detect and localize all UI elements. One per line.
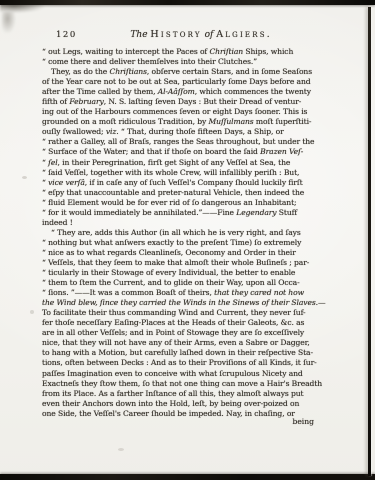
scan-edge-right [368,7,371,476]
text-line: “ ſions. ”——It was a common Boaſt of the… [42,288,342,298]
text-segment: History [150,29,201,40]
text-line: the Wind blew, ſince they carried the Wi… [42,298,342,308]
text-segment: the Wind blew, ſince they carried the Wi… [42,298,325,307]
text-line: “ ſaid Veſſel, together with its whole C… [42,168,342,178]
text-line: “ eſpy that unaccountable and preter-nat… [42,188,342,198]
text-segment: vice verſâ [48,178,85,187]
text-segment: are in all other Veſſels; and in Point o… [42,328,304,337]
text-line: “ rather a Galley, all of Braſs, ranges … [42,137,342,147]
text-segment: Chriſtian [209,47,243,56]
text-segment: Muſſulmans [208,117,253,126]
text-segment: “ That, during thoſe fifteen Days, a Shi… [119,127,284,136]
text-line: To facilitate their thus commanding Wind… [42,308,342,318]
page-number: 120 [56,30,77,40]
text-segment: “ They are, adds this Author (in all whi… [51,228,301,237]
text-segment: indeed ! [42,218,73,227]
text-line: “ out Legs, waiting to intercept the Pac… [42,47,342,57]
text-line: “ vice verſâ, if in caſe any of ſuch Veſ… [42,178,342,188]
text-segment: ing out of the Harbours commences ſeven … [42,107,307,116]
text-segment: Chriſtians [110,67,147,76]
text-segment: “ Surface of the Water; and that if thoſ… [42,147,260,156]
text-line: even their Anchors down into the Hold, l… [42,399,342,409]
text-segment: , if in caſe any of ſuch Veſſel's Compan… [85,178,303,187]
text-segment: , in their Peregrination, firſt get Sigh… [58,158,291,167]
scan-speck [118,448,124,451]
scanned-book-page: 120 The History of Algiers. “ out Legs, … [0,0,375,480]
text-segment: , N. S. laſting ſeven Days : But their D… [104,97,302,106]
text-line: of the Year care not to be out at Sea, p… [42,77,342,87]
text-segment: , which commences the twenty [195,87,311,96]
text-segment: “ come there and deliver themſelves into… [42,57,257,66]
text-segment: The [130,30,150,40]
text-segment: “ nice as to what regards Cleanlineſs, O… [42,248,296,257]
text-line: nice, that they will not have any of the… [42,338,342,348]
text-segment: tions, often between Decks : And as to t… [42,358,317,367]
text-line: from its Place. As a farther Inſtance of… [42,389,342,399]
text-line: “ them to ſtem the Current, and to glide… [42,278,342,288]
running-title: The History of Algiers. [80,29,320,40]
text-line: tions, often between Decks : And as to t… [42,358,342,368]
text-line: are in all other Veſſels; and in Point o… [42,328,342,338]
text-line: “ Surface of the Water; and that if thoſ… [42,147,342,157]
text-segment: ſel [48,158,57,167]
text-line: “ nice as to what regards Cleanlineſs, O… [42,248,342,258]
text-segment: nice, that they will not have any of the… [42,338,310,347]
text-segment: “ fluid Element would be for ever rid of… [42,198,297,207]
text-segment: . [267,30,270,40]
text-segment: fifth of [42,97,69,106]
text-segment: “ out Legs, waiting to intercept the Pac… [42,47,209,56]
text-segment: of [202,30,216,40]
text-segment: They, as do the [51,67,110,76]
text-line: “ Veſſels, that they ſeem to make that a… [42,258,342,268]
text-segment: To facilitate their thus commanding Wind… [42,308,305,317]
text-segment: ouſly ſwallowed; [42,127,106,136]
text-segment: that they cared not how [214,288,304,297]
text-segment: Ships, which [243,47,293,56]
catchword: being [42,417,314,427]
text-line: “ ſel, in their Peregrination, firſt get… [42,158,342,168]
text-segment: “ eſpy that unaccountable and preter-nat… [42,188,304,197]
scan-speck [22,176,27,179]
text-segment: “ ſions. ”——It was a common Boaſt of the… [42,288,214,297]
text-segment: after the Time called by them, [42,87,158,96]
text-line: “ for it would immediately be annihilate… [42,208,342,218]
text-line: Exactneſs they ſtow them, ſo that not on… [42,379,342,389]
scan-smudge [2,12,16,34]
text-segment: fer thoſe neceſſary Eaſing-Places at the… [42,318,304,327]
text-segment: moſt ſuperſtiti- [254,117,312,126]
text-segment: from its Place. As a farther Inſtance of… [42,389,304,398]
text-line: after the Time called by them, Al-Aâſſom… [42,87,342,97]
text-segment: Al-Aâſſom [158,87,195,96]
text-line: ing out of the Harbours commences ſeven … [42,107,342,117]
text-line: fifth of February, N. S. laſting ſeven D… [42,97,342,107]
text-segment: “ for it would immediately be annihilate… [42,208,236,217]
text-segment: “ them to ſtem the Current, and to glide… [42,278,300,287]
scan-edge-bottom [0,474,375,480]
text-segment: Legendary [236,208,276,217]
text-segment: even their Anchors down into the Hold, l… [42,399,299,408]
text-line: They, as do the Chriſtians, obſerve cert… [42,67,342,77]
text-line: to hang with a Motion, but carefully laſ… [42,348,342,358]
text-segment: Algiers [216,29,266,40]
text-line: grounded on a moſt ridiculous Tradition,… [42,117,342,127]
text-segment: viz. [106,127,119,136]
text-line: “ They are, adds this Author (in all whi… [42,228,342,238]
scan-edge-top [0,0,375,5]
text-line: “ come there and deliver themſelves into… [42,57,342,67]
text-line: “ ticularly in their Stowage of every In… [42,268,342,278]
text-segment: paſſes Imagination even to conceive with… [42,369,303,378]
body-text: “ out Legs, waiting to intercept the Pac… [42,47,342,419]
text-segment: , obſerve certain Stars, and in ſome Sea… [147,67,312,76]
text-segment: “ ſaid Veſſel, together with its whole C… [42,168,299,177]
text-line: “ nothing but what anſwers exactly to th… [42,238,342,248]
text-line: paſſes Imagination even to conceive with… [42,369,342,379]
text-segment: “ ticularly in their Stowage of every In… [42,268,295,277]
scan-speck [30,310,34,314]
text-line: indeed ! [42,218,342,228]
text-segment: Exactneſs they ſtow them, ſo that not on… [42,379,322,388]
text-segment: Brazen Veſ- [260,147,303,156]
text-line: “ fluid Element would be for ever rid of… [42,198,342,208]
text-segment: “ nothing but what anſwers exactly to th… [42,238,301,247]
text-segment: “ rather a Galley, all of Braſs, ranges … [42,137,314,146]
text-segment: of the Year care not to be out at Sea, p… [42,77,311,86]
text-line: ouſly ſwallowed; viz. “ That, during tho… [42,127,342,137]
text-segment: “ Veſſels, that they ſeem to make that a… [42,258,309,267]
text-segment: grounded on a moſt ridiculous Tradition,… [42,117,208,126]
text-segment: to hang with a Motion, but carefully laſ… [42,348,313,357]
text-segment: Stuff [276,208,297,217]
text-line: fer thoſe neceſſary Eaſing-Places at the… [42,318,342,328]
text-segment: February [69,97,103,106]
